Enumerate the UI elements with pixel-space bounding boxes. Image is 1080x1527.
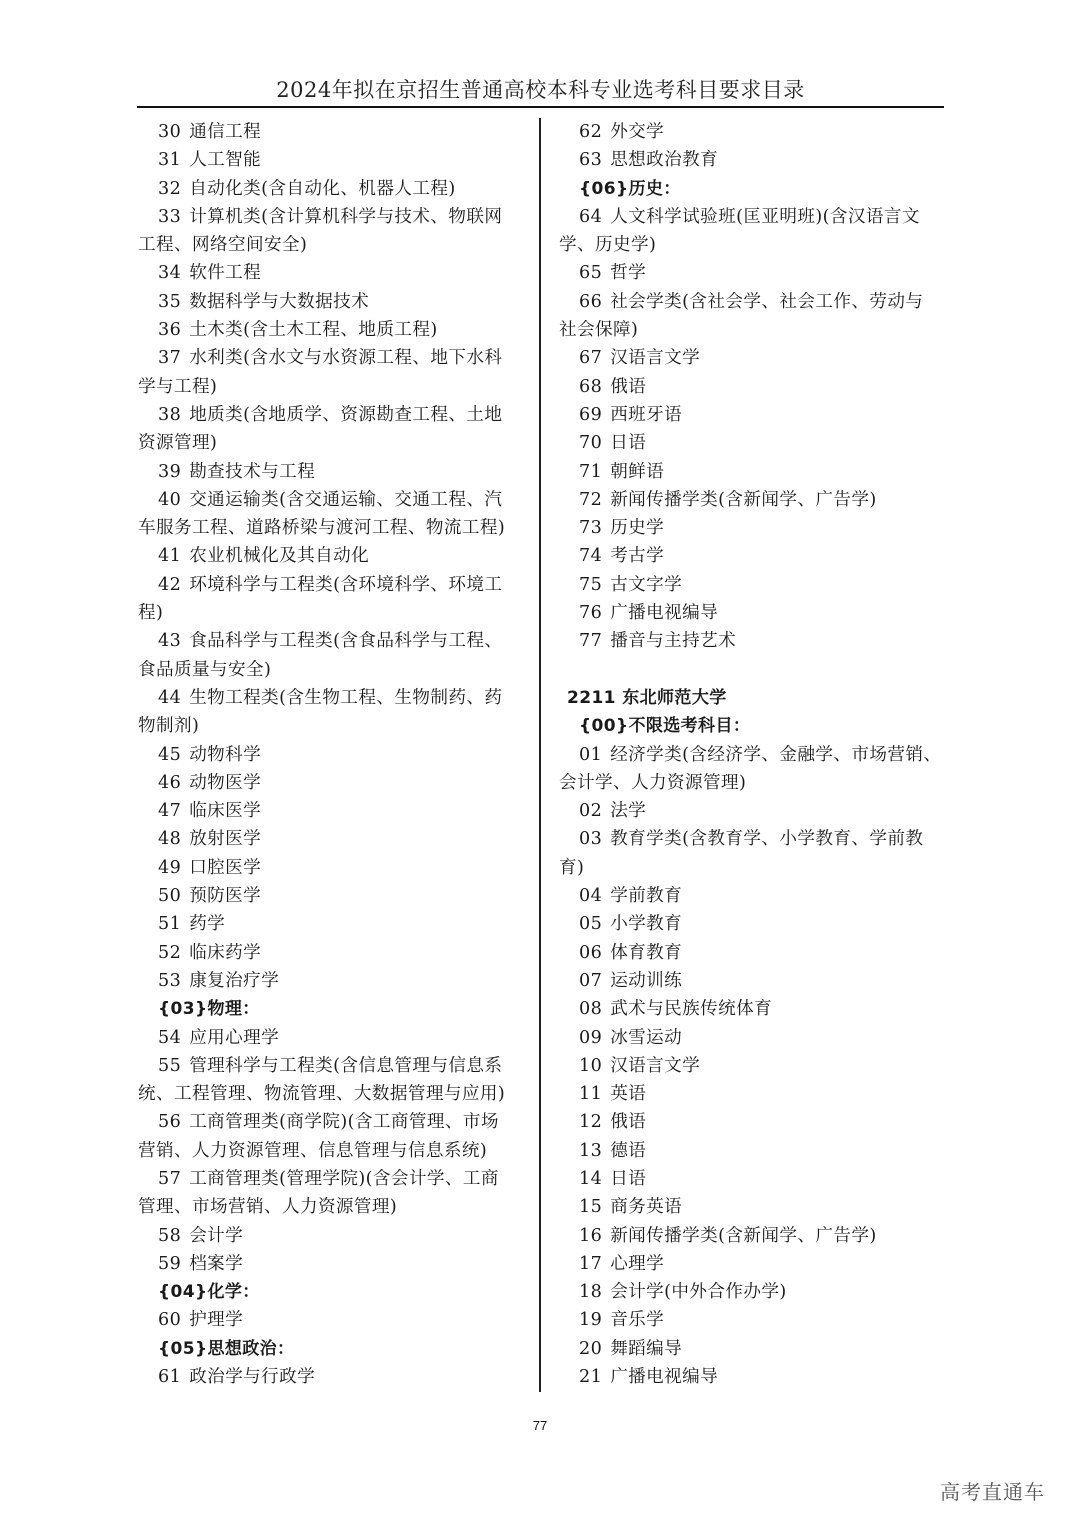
major-item: 34软件工程 <box>138 259 522 287</box>
major-name: 考古学 <box>610 546 664 566</box>
major-item: 03教育学类(含教育学、小学教育、学前教 <box>559 825 943 853</box>
major-item: 30通信工程 <box>138 118 522 146</box>
major-item: 48放射医学 <box>138 825 522 853</box>
major-item-continuation: 工程、网络空间安全) <box>138 231 522 259</box>
major-code: 02 <box>579 801 602 821</box>
major-code: 32 <box>158 179 181 199</box>
major-name: 水利类(含水文与水资源工程、地下水科 <box>189 348 502 368</box>
major-item: 13德语 <box>559 1137 943 1165</box>
major-item: 38地质类(含地质学、资源勘查工程、土地 <box>138 401 522 429</box>
major-name: 临床药学 <box>189 943 261 963</box>
major-code: 58 <box>158 1226 181 1246</box>
major-code: 70 <box>579 433 602 453</box>
major-code: 07 <box>579 971 602 991</box>
major-code: 72 <box>579 490 602 510</box>
major-code: 31 <box>158 150 181 170</box>
major-item: 37水利类(含水文与水资源工程、地下水科 <box>138 344 522 372</box>
major-name: 历史学 <box>610 518 664 538</box>
major-code: 65 <box>579 263 602 283</box>
major-item: 73历史学 <box>559 514 943 542</box>
major-code: 46 <box>158 773 181 793</box>
major-name: 工商管理类(管理学院)(含会计学、工商 <box>189 1169 499 1189</box>
major-code: 64 <box>579 207 602 227</box>
major-item: 07运动训练 <box>559 967 943 995</box>
major-name: 广播电视编导 <box>610 1367 718 1387</box>
major-item: 14日语 <box>559 1165 943 1193</box>
major-name: 地质类(含地质学、资源勘查工程、土地 <box>189 405 502 425</box>
major-item: 15商务英语 <box>559 1193 943 1221</box>
major-name: 英语 <box>610 1084 646 1104</box>
major-item: 04学前教育 <box>559 882 943 910</box>
page-title: 2024年拟在京招生普通高校本科专业选考科目要求目录 <box>137 76 944 104</box>
major-item-continuation: 食品质量与安全) <box>138 656 522 684</box>
major-name: 新闻传播学类(含新闻学、广告学) <box>610 490 876 510</box>
major-item: 76广播电视编导 <box>559 599 943 627</box>
major-code: 10 <box>579 1056 602 1076</box>
major-code: 12 <box>579 1112 602 1132</box>
major-item: 49口腔医学 <box>138 854 522 882</box>
major-name: 口腔医学 <box>189 858 261 878</box>
major-name: 小学教育 <box>610 914 682 934</box>
major-code: 08 <box>579 999 602 1019</box>
major-item: 19音乐学 <box>559 1306 943 1334</box>
major-code: 44 <box>158 688 181 708</box>
major-code: 71 <box>579 462 602 482</box>
major-name: 档案学 <box>189 1254 243 1274</box>
major-item: 16新闻传播学类(含新闻学、广告学) <box>559 1222 943 1250</box>
major-name: 动物科学 <box>189 745 261 765</box>
major-item: 68俄语 <box>559 373 943 401</box>
major-name: 新闻传播学类(含新闻学、广告学) <box>610 1226 876 1246</box>
major-item-continuation: 统、工程管理、物流管理、大数据管理与应用) <box>138 1080 522 1108</box>
major-code: 03 <box>579 829 602 849</box>
major-name: 哲学 <box>610 263 646 283</box>
major-name: 自动化类(含自动化、机器人工程) <box>189 179 455 199</box>
major-code: 50 <box>158 886 181 906</box>
major-code: 18 <box>579 1282 602 1302</box>
major-name: 俄语 <box>610 1112 646 1132</box>
major-code: 13 <box>579 1141 602 1161</box>
major-item: 08武术与民族传统体育 <box>559 995 943 1023</box>
major-code: 49 <box>158 858 181 878</box>
subject-requirement-heading: {06}历史： <box>559 175 943 203</box>
major-code: 61 <box>158 1367 181 1387</box>
major-code: 19 <box>579 1310 602 1330</box>
subject-requirement-heading: {00}不限选考科目： <box>559 712 943 740</box>
blank-line <box>559 656 943 684</box>
major-name: 通信工程 <box>189 122 261 142</box>
major-item: 64人文科学试验班(匡亚明班)(含汉语言文 <box>559 203 943 231</box>
major-name: 人工智能 <box>189 150 261 170</box>
major-code: 33 <box>158 207 181 227</box>
major-code: 63 <box>579 150 602 170</box>
major-item: 21广播电视编导 <box>559 1363 943 1391</box>
major-code: 14 <box>579 1169 602 1189</box>
major-code: 36 <box>158 320 181 340</box>
major-item: 31人工智能 <box>138 146 522 174</box>
major-code: 04 <box>579 886 602 906</box>
major-name: 古文字学 <box>610 575 682 595</box>
major-item: 32自动化类(含自动化、机器人工程) <box>138 175 522 203</box>
major-item: 55管理科学与工程类(含信息管理与信息系 <box>138 1052 522 1080</box>
major-name: 音乐学 <box>610 1310 664 1330</box>
major-item: 02法学 <box>559 797 943 825</box>
major-item: 63思想政治教育 <box>559 146 943 174</box>
major-code: 37 <box>158 348 181 368</box>
major-name: 动物医学 <box>189 773 261 793</box>
major-name: 德语 <box>610 1141 646 1161</box>
major-code: 54 <box>158 1028 181 1048</box>
major-name: 交通运输类(含交通运输、交通工程、汽 <box>189 490 502 510</box>
major-name: 日语 <box>610 433 646 453</box>
major-code: 48 <box>158 829 181 849</box>
major-item: 33计算机类(含计算机科学与技术、物联网 <box>138 203 522 231</box>
major-code: 41 <box>158 546 181 566</box>
major-item-continuation: 育) <box>559 854 943 882</box>
major-name: 播音与主持艺术 <box>610 631 736 651</box>
major-name: 广播电视编导 <box>610 603 718 623</box>
major-name: 运动训练 <box>610 971 682 991</box>
major-code: 16 <box>579 1226 602 1246</box>
major-name: 管理科学与工程类(含信息管理与信息系 <box>189 1056 502 1076</box>
major-name: 康复治疗学 <box>189 971 279 991</box>
major-code: 73 <box>579 518 602 538</box>
subject-requirement-heading: {05}思想政治： <box>138 1335 522 1363</box>
major-code: 42 <box>158 575 181 595</box>
major-item: 41农业机械化及其自动化 <box>138 542 522 570</box>
page-number: 77 <box>525 1418 555 1433</box>
major-item: 53康复治疗学 <box>138 967 522 995</box>
major-code: 11 <box>579 1084 602 1104</box>
major-item: 71朝鲜语 <box>559 458 943 486</box>
major-item: 12俄语 <box>559 1108 943 1136</box>
major-item: 58会计学 <box>138 1222 522 1250</box>
major-item: 51药学 <box>138 910 522 938</box>
major-code: 47 <box>158 801 181 821</box>
school-heading: 2211 东北师范大学 <box>559 684 943 712</box>
major-item-continuation: 学与工程) <box>138 373 522 401</box>
major-code: 17 <box>579 1254 602 1274</box>
major-name: 心理学 <box>610 1254 664 1274</box>
major-code: 75 <box>579 575 602 595</box>
major-name: 预防医学 <box>189 886 261 906</box>
major-item: 09冰雪运动 <box>559 1024 943 1052</box>
major-item: 70日语 <box>559 429 943 457</box>
major-name: 汉语言文学 <box>610 1056 700 1076</box>
major-item-continuation: 程) <box>138 599 522 627</box>
major-name: 生物工程类(含生物工程、生物制药、药 <box>189 688 502 708</box>
major-name: 汉语言文学 <box>610 348 700 368</box>
major-item: 46动物医学 <box>138 769 522 797</box>
major-item: 01经济学类(含经济学、金融学、市场营销、 <box>559 741 943 769</box>
major-code: 20 <box>579 1339 602 1359</box>
major-code: 62 <box>579 122 602 142</box>
major-code: 55 <box>158 1056 181 1076</box>
major-code: 67 <box>579 348 602 368</box>
major-name: 药学 <box>189 914 225 934</box>
major-code: 60 <box>158 1310 181 1330</box>
major-code: 05 <box>579 914 602 934</box>
major-item: 61政治学与行政学 <box>138 1363 522 1391</box>
major-item: 10汉语言文学 <box>559 1052 943 1080</box>
major-code: 76 <box>579 603 602 623</box>
major-name: 体育教育 <box>610 943 682 963</box>
header-divider <box>137 106 944 108</box>
major-name: 工商管理类(商学院)(含工商管理、市场 <box>189 1112 499 1132</box>
major-item: 20舞蹈编导 <box>559 1335 943 1363</box>
major-item-continuation: 物制剂) <box>138 712 522 740</box>
major-code: 09 <box>579 1028 602 1048</box>
major-name: 护理学 <box>189 1310 243 1330</box>
major-name: 日语 <box>610 1169 646 1189</box>
major-item: 65哲学 <box>559 259 943 287</box>
major-code: 01 <box>579 745 602 765</box>
major-name: 农业机械化及其自动化 <box>189 546 369 566</box>
major-item: 35数据科学与大数据技术 <box>138 288 522 316</box>
major-item: 72新闻传播学类(含新闻学、广告学) <box>559 486 943 514</box>
major-code: 35 <box>158 292 181 312</box>
major-item: 75古文字学 <box>559 571 943 599</box>
major-item: 43食品科学与工程类(含食品科学与工程、 <box>138 627 522 655</box>
major-item-continuation: 会计学、人力资源管理) <box>559 769 943 797</box>
major-name: 俄语 <box>610 377 646 397</box>
major-code: 59 <box>158 1254 181 1274</box>
major-name: 会计学(中外合作办学) <box>610 1282 786 1302</box>
major-name: 土木类(含土木工程、地质工程) <box>189 320 437 340</box>
major-item: 40交通运输类(含交通运输、交通工程、汽 <box>138 486 522 514</box>
right-column: 62外交学63思想政治教育{06}历史：64人文科学试验班(匡亚明班)(含汉语言… <box>559 118 943 1391</box>
major-name: 社会学类(含社会学、社会工作、劳动与 <box>610 292 923 312</box>
major-item-continuation: 社会保障) <box>559 316 943 344</box>
major-item: 42环境科学与工程类(含环境科学、环境工 <box>138 571 522 599</box>
major-name: 放射医学 <box>189 829 261 849</box>
major-code: 15 <box>579 1197 602 1217</box>
column-divider <box>539 118 541 1392</box>
subject-requirement-heading: {04}化学： <box>138 1278 522 1306</box>
major-item: 59档案学 <box>138 1250 522 1278</box>
major-code: 66 <box>579 292 602 312</box>
major-code: 68 <box>579 377 602 397</box>
major-name: 舞蹈编导 <box>610 1339 682 1359</box>
major-item: 39勘查技术与工程 <box>138 458 522 486</box>
major-code: 74 <box>579 546 602 566</box>
major-item-continuation: 车服务工程、道路桥梁与渡河工程、物流工程) <box>138 514 522 542</box>
major-name: 武术与民族传统体育 <box>610 999 772 1019</box>
major-code: 34 <box>158 263 181 283</box>
major-name: 学前教育 <box>610 886 682 906</box>
major-item: 05小学教育 <box>559 910 943 938</box>
major-code: 53 <box>158 971 181 991</box>
major-item-continuation: 学、历史学) <box>559 231 943 259</box>
major-code: 38 <box>158 405 181 425</box>
major-item: 77播音与主持艺术 <box>559 627 943 655</box>
major-item: 54应用心理学 <box>138 1024 522 1052</box>
major-name: 教育学类(含教育学、小学教育、学前教 <box>610 829 923 849</box>
major-name: 食品科学与工程类(含食品科学与工程、 <box>189 631 502 651</box>
major-code: 69 <box>579 405 602 425</box>
major-item: 57工商管理类(管理学院)(含会计学、工商 <box>138 1165 522 1193</box>
major-name: 数据科学与大数据技术 <box>189 292 369 312</box>
major-name: 政治学与行政学 <box>189 1367 315 1387</box>
major-item: 45动物科学 <box>138 741 522 769</box>
major-name: 临床医学 <box>189 801 261 821</box>
major-item: 50预防医学 <box>138 882 522 910</box>
major-code: 45 <box>158 745 181 765</box>
major-item: 56工商管理类(商学院)(含工商管理、市场 <box>138 1108 522 1136</box>
major-item: 60护理学 <box>138 1306 522 1334</box>
major-code: 51 <box>158 914 181 934</box>
major-code: 40 <box>158 490 181 510</box>
watermark: 高考直通车 <box>940 1476 1045 1505</box>
major-code: 57 <box>158 1169 181 1189</box>
major-name: 勘查技术与工程 <box>189 462 315 482</box>
major-item-continuation: 资源管理) <box>138 429 522 457</box>
major-name: 经济学类(含经济学、金融学、市场营销、 <box>610 745 941 765</box>
major-item: 06体育教育 <box>559 939 943 967</box>
subject-requirement-heading: {03}物理： <box>138 995 522 1023</box>
major-item: 66社会学类(含社会学、社会工作、劳动与 <box>559 288 943 316</box>
major-item-continuation: 营销、人力资源管理、信息管理与信息系统) <box>138 1137 522 1165</box>
major-name: 西班牙语 <box>610 405 682 425</box>
major-name: 软件工程 <box>189 263 261 283</box>
major-name: 人文科学试验班(匡亚明班)(含汉语言文 <box>610 207 920 227</box>
major-name: 思想政治教育 <box>610 150 718 170</box>
major-item: 11英语 <box>559 1080 943 1108</box>
major-name: 商务英语 <box>610 1197 682 1217</box>
major-item: 36土木类(含土木工程、地质工程) <box>138 316 522 344</box>
major-code: 77 <box>579 631 602 651</box>
major-item: 69西班牙语 <box>559 401 943 429</box>
major-item-continuation: 管理、市场营销、人力资源管理) <box>138 1193 522 1221</box>
major-name: 会计学 <box>189 1226 243 1246</box>
major-code: 06 <box>579 943 602 963</box>
major-code: 56 <box>158 1112 181 1132</box>
major-name: 法学 <box>610 801 646 821</box>
major-name: 应用心理学 <box>189 1028 279 1048</box>
major-code: 21 <box>579 1367 602 1387</box>
major-item: 18会计学(中外合作办学) <box>559 1278 943 1306</box>
left-column: 30通信工程31人工智能32自动化类(含自动化、机器人工程)33计算机类(含计算… <box>138 118 522 1391</box>
major-item: 47临床医学 <box>138 797 522 825</box>
major-item: 44生物工程类(含生物工程、生物制药、药 <box>138 684 522 712</box>
major-item: 62外交学 <box>559 118 943 146</box>
major-code: 43 <box>158 631 181 651</box>
major-item: 67汉语言文学 <box>559 344 943 372</box>
major-code: 30 <box>158 122 181 142</box>
major-code: 39 <box>158 462 181 482</box>
major-name: 外交学 <box>610 122 664 142</box>
major-name: 冰雪运动 <box>610 1028 682 1048</box>
major-item: 52临床药学 <box>138 939 522 967</box>
major-name: 朝鲜语 <box>610 462 664 482</box>
major-item: 17心理学 <box>559 1250 943 1278</box>
major-code: 52 <box>158 943 181 963</box>
major-name: 计算机类(含计算机科学与技术、物联网 <box>189 207 502 227</box>
major-item: 74考古学 <box>559 542 943 570</box>
major-name: 环境科学与工程类(含环境科学、环境工 <box>189 575 502 595</box>
